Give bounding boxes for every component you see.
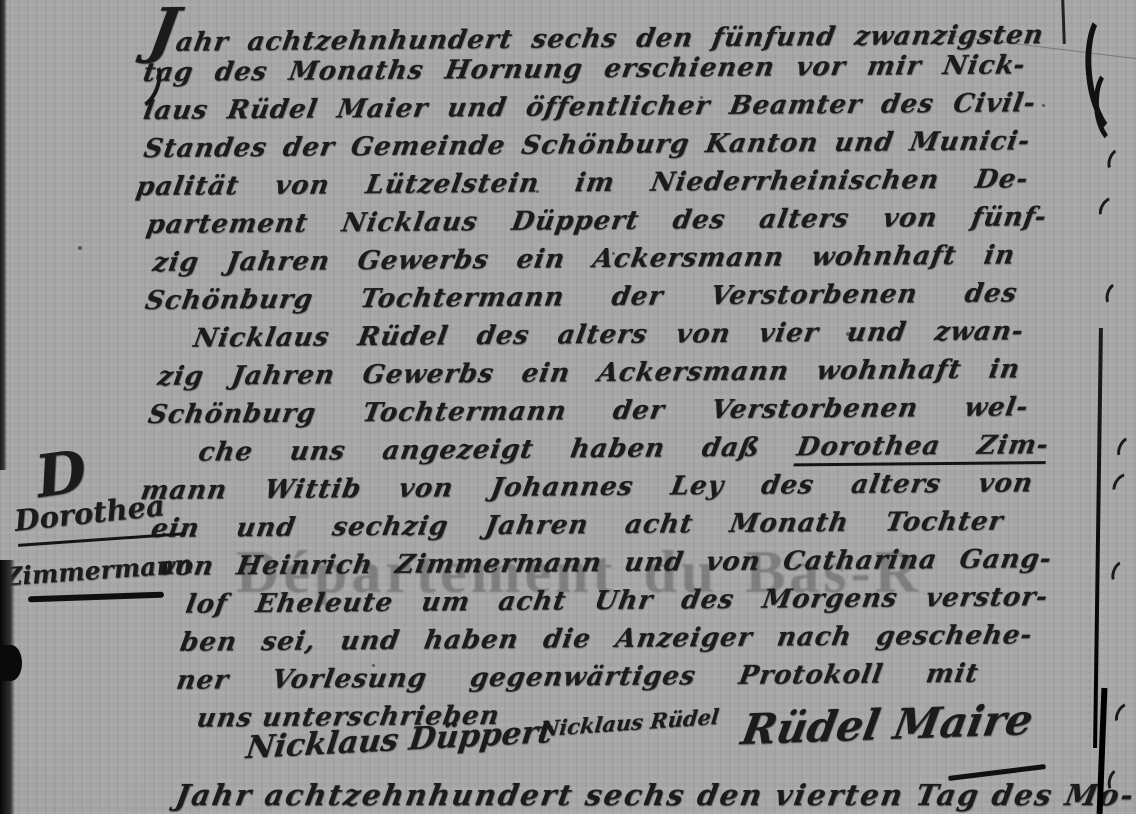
scanned-register-page: Département du Bas-R Jahr achtzehnhunder… — [0, 0, 1136, 814]
deceased-name-underlined: Dorothea Zim- — [794, 430, 1051, 466]
column-rule-line — [1093, 328, 1103, 748]
page-edge-stroke — [1102, 280, 1127, 310]
margin-underline — [28, 592, 164, 603]
margin-name-first: Dorothea — [13, 488, 167, 538]
record-body: Jahr achtzehnhundert sechs den fünfund z… — [143, 8, 1065, 738]
column-rule-line — [1061, 0, 1066, 44]
body-line-text: che uns angezeigt haben daß — [196, 432, 799, 467]
ink-speck — [78, 246, 82, 250]
next-entry-partial-line: Jahr achtzehnhundert sechs den vierten T… — [173, 778, 1109, 812]
binding-ink-blot — [0, 645, 22, 681]
page-edge-stroke — [1104, 146, 1130, 177]
page-edge-stroke — [1095, 193, 1124, 225]
page-edge-stroke — [1108, 469, 1136, 501]
book-binding-edge — [0, 0, 7, 470]
page-edge-stroke — [1111, 699, 1136, 730]
page-edge-stroke — [1113, 433, 1136, 464]
margin-annotation: D Dorothea Zimmermann — [0, 438, 200, 648]
adjacent-column-brace — [1091, 65, 1136, 148]
page-edge-stroke — [1108, 558, 1134, 589]
signature-mayor: Rüdel Maire — [738, 695, 1037, 754]
book-binding-edge — [0, 560, 15, 814]
margin-name-last: Zimmermann — [3, 549, 193, 591]
